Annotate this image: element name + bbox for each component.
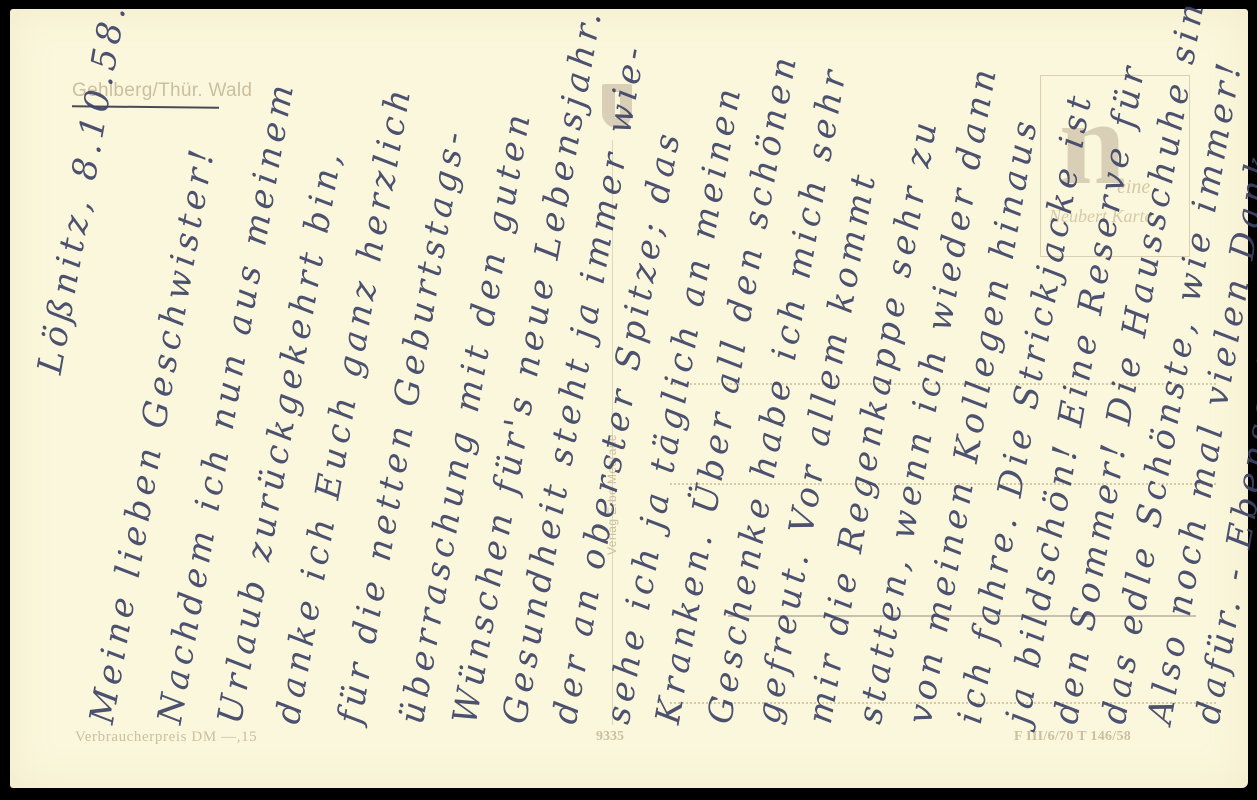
address-line-2	[670, 483, 1216, 485]
publisher-imprint: Verlag Erbe Meerane	[605, 434, 619, 555]
address-line-1	[670, 383, 1216, 385]
card-number: 9335	[596, 729, 624, 745]
address-line-3	[670, 702, 1216, 704]
address-line-solid	[728, 615, 1196, 617]
stamp-box: n eine Neubert Karte	[1040, 75, 1190, 257]
license-number: F III/6/70 T 146/58	[1014, 729, 1131, 745]
neubert-logo-icon: n	[1059, 88, 1126, 198]
stamp-text-eine: eine	[1117, 176, 1150, 199]
consumer-price: Verbraucherpreis DM —,15	[75, 729, 257, 746]
place-title: Gehlberg/Thür. Wald	[72, 80, 252, 102]
publisher-shield-icon	[602, 84, 632, 128]
stamp-text-karte: Neubert Karte	[1049, 206, 1153, 227]
message-address-divider	[612, 140, 613, 725]
